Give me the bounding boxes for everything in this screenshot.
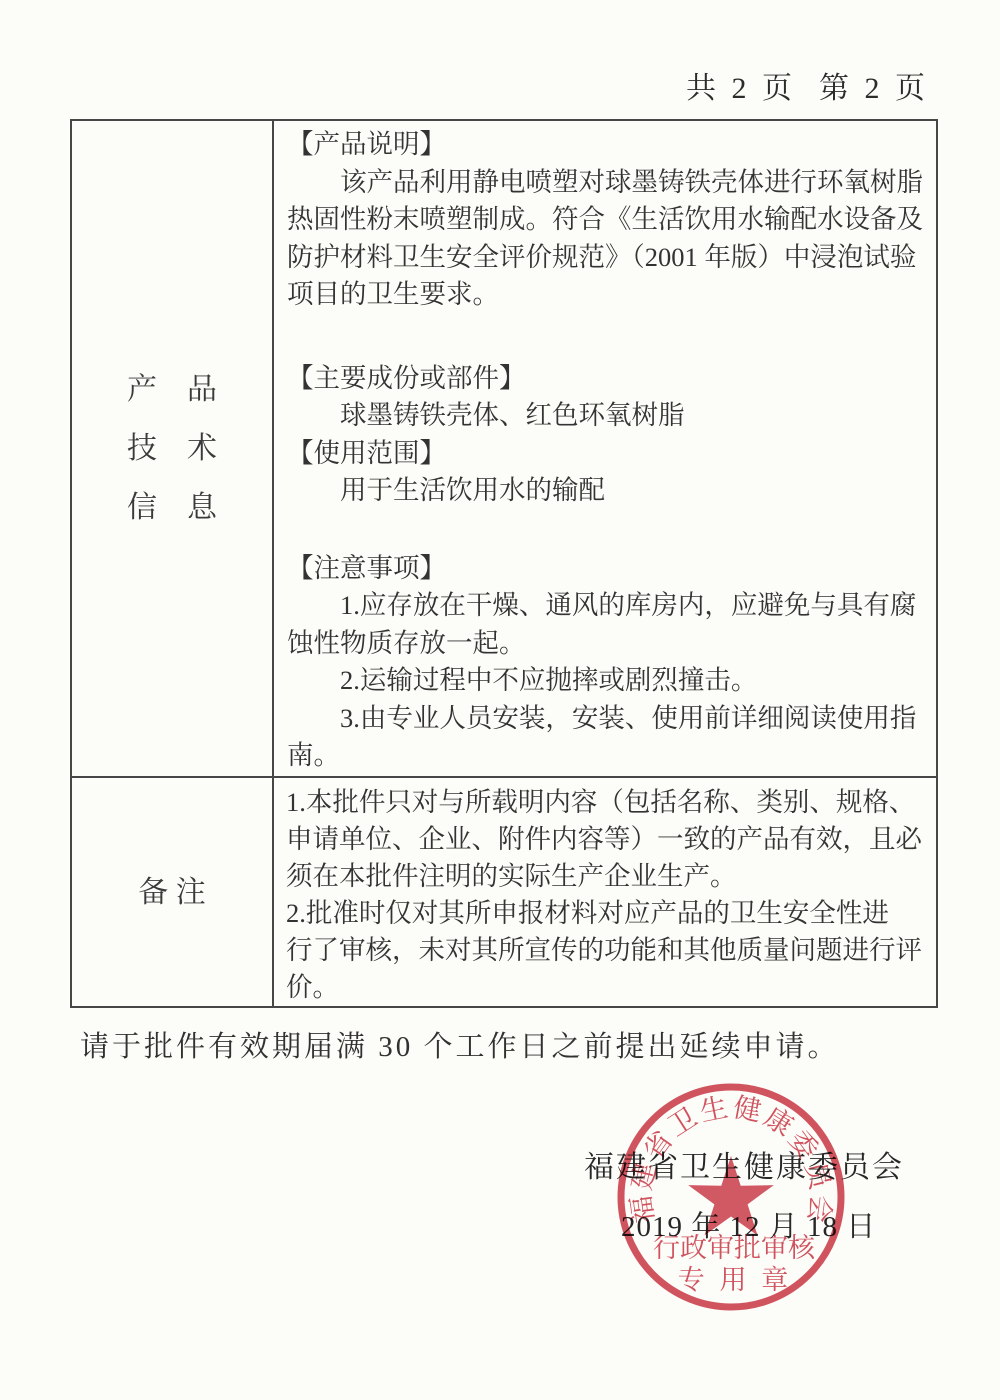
text-line: 1.本批件只对与所载明内容（包括名称、类别、规格、 <box>286 784 930 821</box>
text-line: 1.应存放在干燥、通风的库房内，应避免与具有腐 <box>287 587 930 625</box>
renewal-application-note: 请于批件有效期届满 30 个工作日之前提出延续申请。 <box>80 1024 840 1065</box>
remarks-label: 备 注 <box>138 863 206 922</box>
text-line: 【产品说明】 <box>287 126 930 164</box>
stamp-inner-text-line2: 专 用 章 <box>678 1265 793 1295</box>
text-line: 须在本批件注明的实际生产企业生产。 <box>286 858 930 895</box>
row-label-remarks: 备 注 <box>72 776 274 1006</box>
text-line: 产 品 <box>127 360 217 419</box>
approval-info-table: 产 品技 术信 息 【产品说明】 该产品利用静电喷塑对球墨铸铁壳体进行环氧树脂热… <box>70 119 938 1008</box>
text-line: 防护材料卫生安全评价规范》（2001 年版）中浸泡试验 <box>287 239 930 277</box>
stamp-inner-text-line1: 行政审批审核 <box>653 1233 816 1263</box>
text-line: 信 息 <box>127 478 217 537</box>
text-line: 球墨铸铁壳体、红色环氧树脂 <box>287 397 930 435</box>
text-line: 价。 <box>286 969 930 1006</box>
remarks-content: 1.本批件只对与所载明内容（包括名称、类别、规格、申请单位、企业、附件内容等）一… <box>274 776 936 1006</box>
text-line: 【注意事项】 <box>287 550 930 588</box>
product-tech-info-content: 【产品说明】 该产品利用静电喷塑对球墨铸铁壳体进行环氧树脂热固性粉末喷塑制成。符… <box>274 121 936 776</box>
text-line: 【主要成份或部件】 <box>287 360 930 398</box>
precautions-section: 【注意事项】 1.应存放在干燥、通风的库房内，应避免与具有腐蚀性物质存放一起。 … <box>287 550 930 775</box>
text-line: 3.由专业人员安装，安装、使用前详细阅读使用指 <box>287 700 930 738</box>
text-line: 南。 <box>287 737 930 775</box>
text-line: 项目的卫生要求。 <box>287 276 930 314</box>
text-line: 行了审核，未对其所宣传的功能和其他质量问题进行评 <box>286 932 930 969</box>
text-line: 该产品利用静电喷塑对球墨铸铁壳体进行环氧树脂 <box>287 164 930 202</box>
text-line: 用于生活饮用水的输配 <box>287 472 930 510</box>
document-page: 共 2 页 第 2 页 产 品技 术信 息 【产品说明】 该产品利用静电喷塑对球… <box>0 0 1000 1400</box>
text-line: 蚀性物质存放一起。 <box>287 625 930 663</box>
text-line: 申请单位、企业、附件内容等）一致的产品有效，且必 <box>286 821 930 858</box>
text-line: 2.运输过程中不应抛摔或剧烈撞击。 <box>287 662 930 700</box>
text-line: 【使用范围】 <box>287 435 930 473</box>
page-number-indicator: 共 2 页 第 2 页 <box>686 63 929 107</box>
row-label-product-tech-info: 产 品技 术信 息 <box>72 121 274 776</box>
official-seal-stamp: 福建省卫生健康委员会 行政审批审核 专 用 章 <box>614 1080 848 1314</box>
product-description-section: 【产品说明】 该产品利用静电喷塑对球墨铸铁壳体进行环氧树脂热固性粉末喷塑制成。符… <box>287 126 930 314</box>
main-components-usage-section: 【主要成份或部件】 球墨铸铁壳体、红色环氧树脂【使用范围】 用于生活饮用水的输配 <box>287 360 930 510</box>
text-line: 热固性粉末喷塑制成。符合《生活饮用水输配水设备及 <box>287 201 930 239</box>
text-line: 2.批准时仅对其所申报材料对应产品的卫生安全性进 <box>286 895 930 932</box>
stamp-star-icon <box>688 1156 774 1235</box>
text-line: 技 术 <box>127 419 217 478</box>
